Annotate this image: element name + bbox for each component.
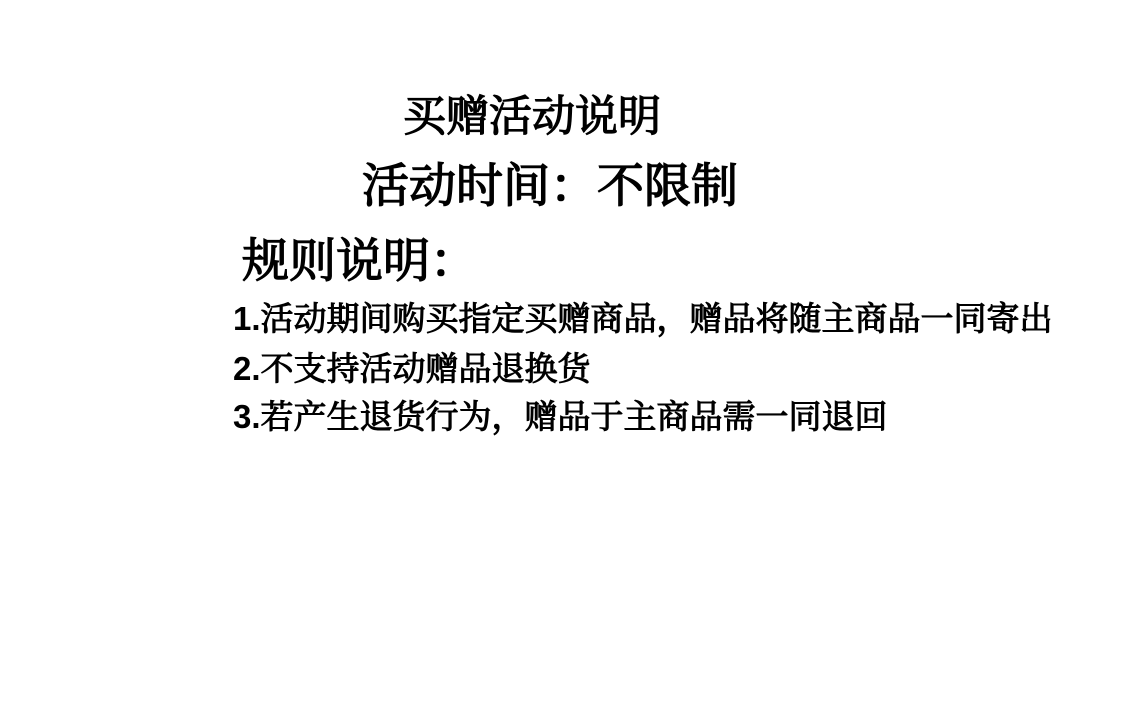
rules-heading: 规则说明： [242,234,477,288]
promo-notice-page: 买赠活动说明 活动时间：不限制 规则说明： 1.活动期间购买指定买赠商品，赠品将… [0,0,1125,720]
rule-item-1: 1.活动期间购买指定买赠商品，赠品将随主商品一同寄出 [233,299,1053,339]
page-title: 买赠活动说明 [403,93,661,142]
rule-item-3: 3.若产生退货行为，赠品于主商品需一同退回 [233,397,888,437]
activity-time-line: 活动时间：不限制 [362,159,738,213]
rule-item-2: 2.不支持活动赠品退换货 [233,349,591,389]
